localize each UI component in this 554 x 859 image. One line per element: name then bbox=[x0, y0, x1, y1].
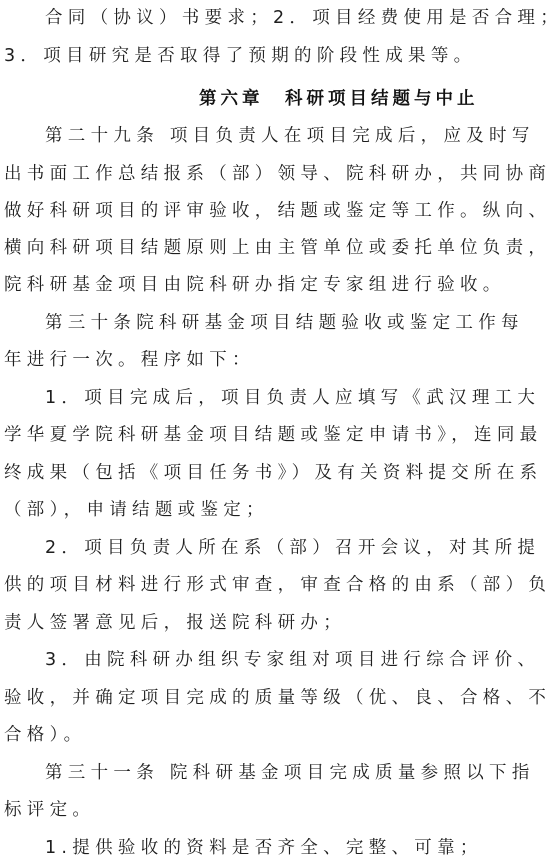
article-31-line-2: 标评定。 bbox=[4, 798, 552, 822]
article-29-line-5: 院科研基金项目由院科研办指定专家组进行验收。 bbox=[4, 273, 552, 297]
text-line-stage-results: 3．项目研究是否取得了预期的阶段性成果等。 bbox=[4, 44, 552, 68]
article-29-line-2: 出书面工作总结报系（部）领导、院科研办，共同协商 bbox=[4, 162, 552, 186]
procedure-3-line-1: 3．由院科研办组织专家组对项目进行综合评价、 bbox=[45, 648, 554, 672]
article-30-line-2: 年进行一次。程序如下： bbox=[4, 348, 552, 372]
procedure-1-line-3: 终成果（包括《项目任务书》）及有关资料提交所在系 bbox=[4, 461, 552, 485]
article-29-line-4: 横向科研项目结题原则上由主管单位或委托单位负责， bbox=[4, 236, 552, 260]
article-29-line-1: 第二十九条 项目负责人在项目完成后，应及时写 bbox=[45, 124, 554, 148]
document-page: 合同（协议）书要求；2．项目经费使用是否合理； 3．项目研究是否取得了预期的阶段… bbox=[0, 0, 554, 859]
procedure-3-line-3: 合格）。 bbox=[4, 723, 552, 747]
article-29-line-3: 做好科研项目的评审验收，结题或鉴定等工作。纵向、 bbox=[4, 199, 552, 223]
text-line-contract-requirements: 合同（协议）书要求；2．项目经费使用是否合理； bbox=[45, 6, 554, 30]
chapter-heading: 第六章 科研项目结题与中止 bbox=[199, 87, 549, 111]
procedure-2-line-3: 责人签署意见后，报送院科研办； bbox=[4, 611, 552, 635]
article-31-line-1: 第三十一条 院科研基金项目完成质量参照以下指 bbox=[45, 761, 554, 785]
procedure-2-line-1: 2．项目负责人所在系（部）召开会议，对其所提 bbox=[45, 536, 554, 560]
procedure-3-line-2: 验收，并确定项目完成的质量等级（优、良、合格、不 bbox=[4, 686, 552, 710]
procedure-1-line-2: 学华夏学院科研基金项目结题或鉴定申请书》，连同最 bbox=[4, 423, 552, 447]
procedure-1-line-4: （部），申请结题或鉴定； bbox=[4, 498, 552, 522]
criteria-1-line: 1.提供验收的资料是否齐全、完整、可靠； bbox=[45, 836, 554, 859]
procedure-2-line-2: 供的项目材料进行形式审查，审查合格的由系（部）负 bbox=[4, 573, 552, 597]
article-30-line-1: 第三十条院科研基金项目结题验收或鉴定工作每 bbox=[45, 311, 554, 335]
procedure-1-line-1: 1．项目完成后，项目负责人应填写《武汉理工大 bbox=[45, 386, 554, 410]
